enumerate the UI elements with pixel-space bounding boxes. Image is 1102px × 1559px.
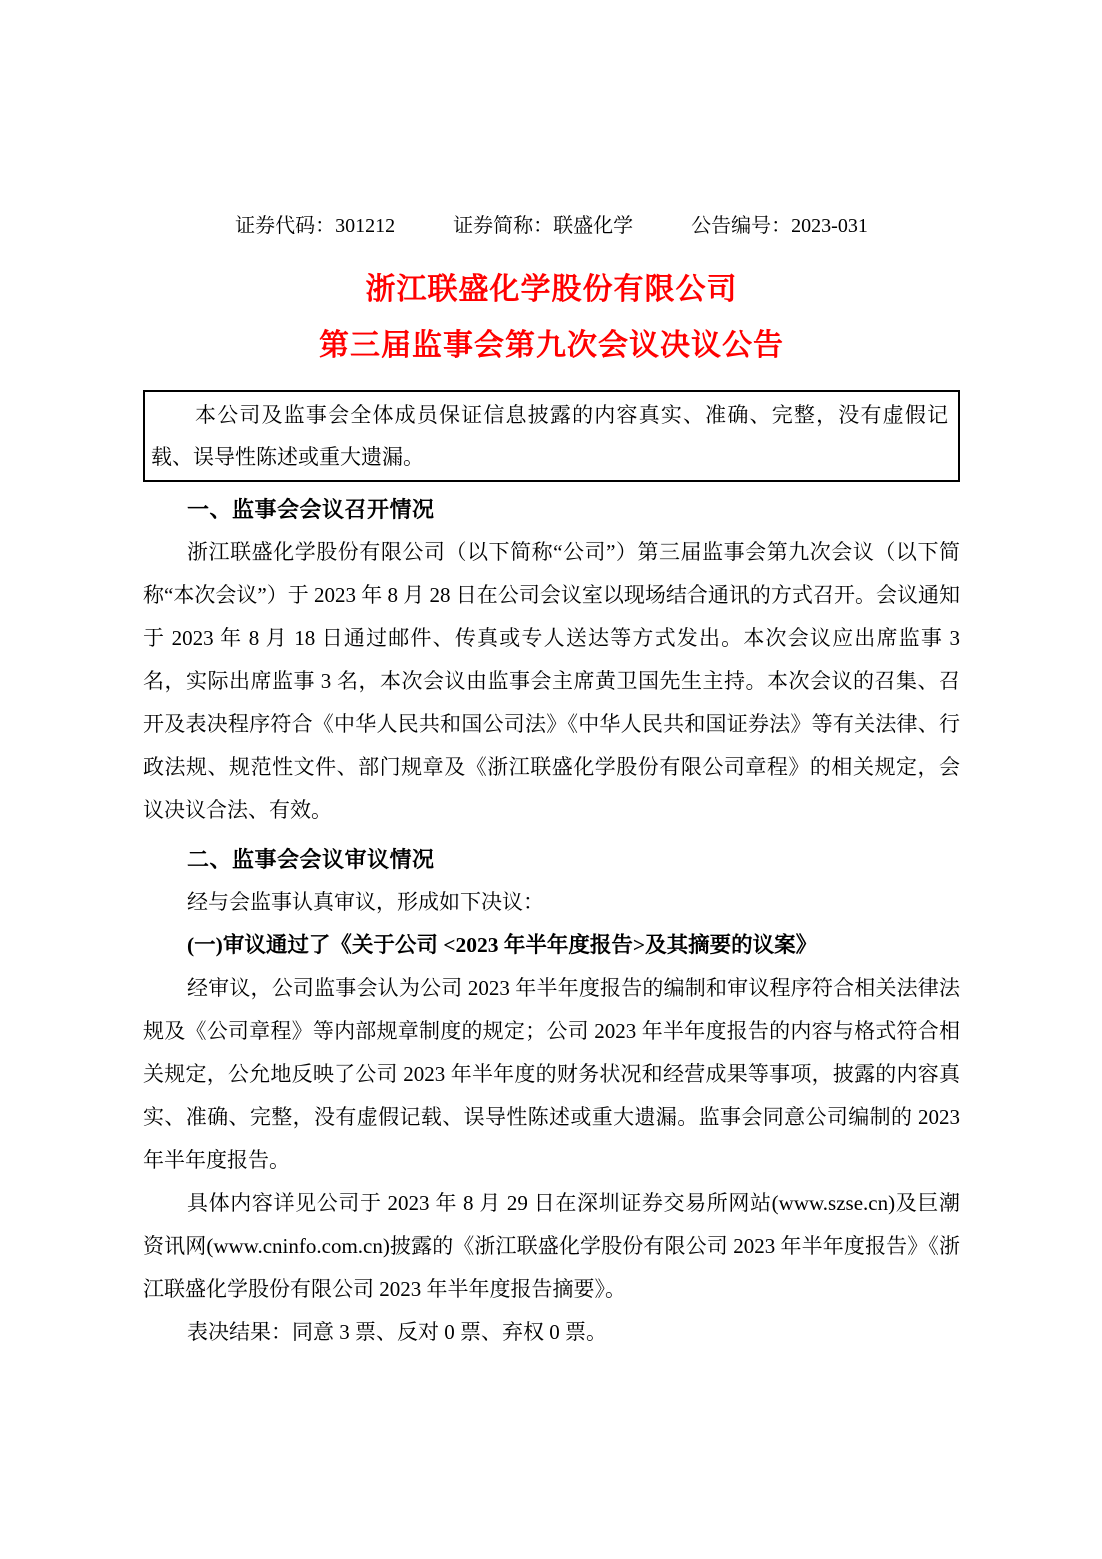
meeting-resolution-title: 第三届监事会第九次会议决议公告 <box>143 326 960 366</box>
disclaimer-text: 本公司及监事会全体成员保证信息披露的内容真实、准确、完整，没有虚假记载、误导性陈… <box>151 394 948 478</box>
resolution-item-1-heading: (一)审议通过了《关于公司 <2023 年半年度报告>及其摘要的议案》 <box>143 924 960 967</box>
stock-abbreviation: 证券简称：联盛化学 <box>453 212 633 240</box>
document-meta: 证券代码：301212 证券简称：联盛化学 公告编号：2023-031 <box>143 212 960 240</box>
disclaimer-box: 本公司及监事会全体成员保证信息披露的内容真实、准确、完整，没有虚假记载、误导性陈… <box>143 390 960 482</box>
stock-code: 证券代码：301212 <box>235 212 395 240</box>
section-1-paragraph: 浙江联盛化学股份有限公司（以下简称“公司”）第三届监事会第九次会议（以下简称“本… <box>143 531 960 832</box>
company-name-title: 浙江联盛化学股份有限公司 <box>143 270 960 310</box>
announcement-number: 公告编号：2023-031 <box>691 212 868 240</box>
resolution-item-1-paragraph-2: 具体内容详见公司于 2023 年 8 月 29 日在深圳证券交易所网站(www.… <box>143 1182 960 1311</box>
announcement-document: 证券代码：301212 证券简称：联盛化学 公告编号：2023-031 浙江联盛… <box>0 0 1102 1559</box>
resolution-intro: 经与会监事认真审议，形成如下决议： <box>143 881 960 924</box>
section-1-heading: 一、监事会会议召开情况 <box>143 488 960 531</box>
vote-result: 表决结果：同意 3 票、反对 0 票、弃权 0 票。 <box>143 1311 960 1354</box>
section-2-heading: 二、监事会会议审议情况 <box>143 838 960 881</box>
resolution-item-1-paragraph-1: 经审议，公司监事会认为公司 2023 年半年度报告的编制和审议程序符合相关法律法… <box>143 967 960 1182</box>
